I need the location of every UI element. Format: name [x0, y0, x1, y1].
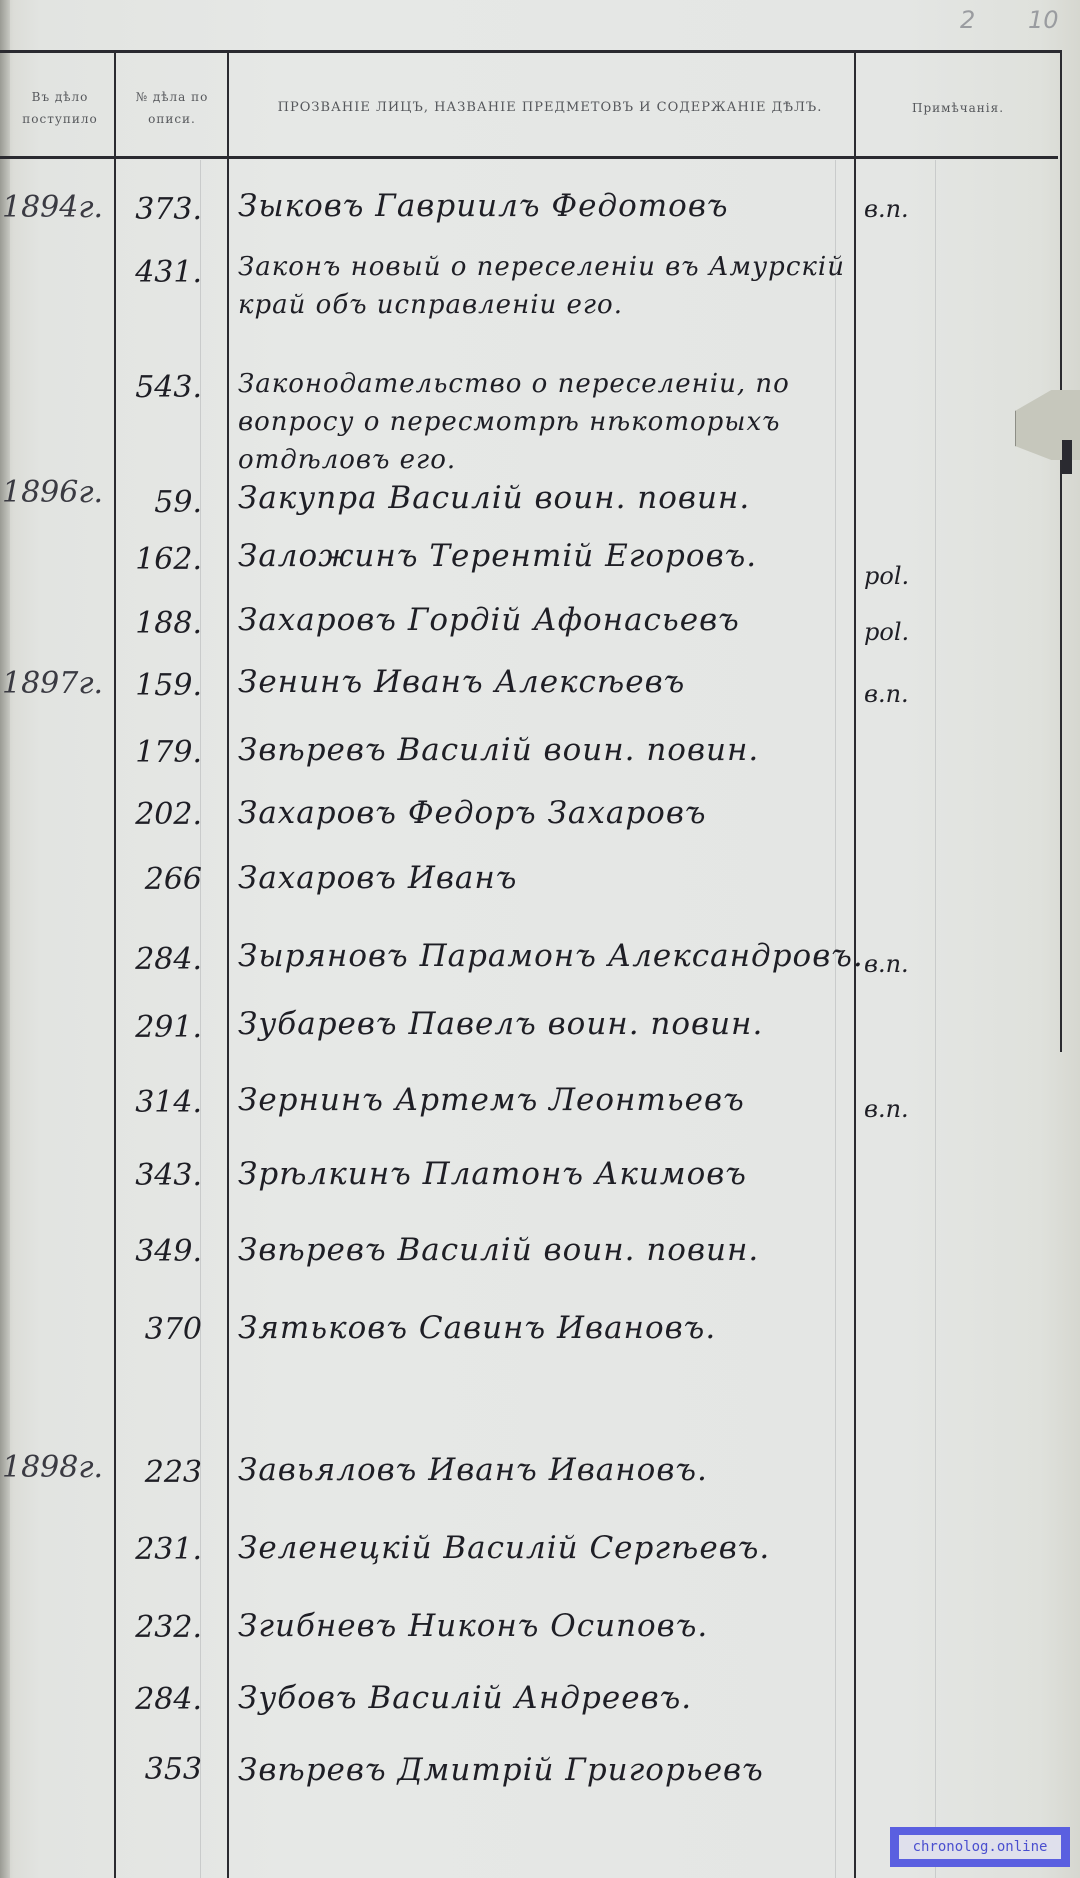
row-year: 1897г.	[2, 666, 103, 701]
row-case-number: 202.	[120, 797, 202, 832]
row-case-number: 231.	[120, 1532, 202, 1567]
column-divider-year	[114, 52, 116, 1878]
header-notes: Примѣчанія.	[858, 60, 1058, 155]
row-description: Завьяловъ Иванъ Ивановъ.	[238, 1452, 708, 1488]
row-case-number: 223	[120, 1455, 202, 1490]
header-year: Въ дѣло поступило	[8, 60, 112, 155]
row-note: pol.	[864, 618, 909, 646]
row-case-number: 370	[120, 1312, 202, 1347]
row-year: 1896г.	[2, 475, 103, 510]
row-case-number: 162.	[120, 542, 202, 577]
row-case-number: 373.	[120, 192, 202, 227]
page-number-mark: 2	[960, 6, 975, 34]
row-case-number: 284.	[120, 1682, 202, 1717]
row-case-number: 349.	[120, 1234, 202, 1269]
row-description: Звѣревъ Василій воин. повин.	[238, 732, 759, 768]
notes-margin-rule	[935, 160, 936, 1878]
row-description: Захаровъ Гордій Афонасьевъ	[238, 602, 740, 638]
row-description: Зенинъ Иванъ Алексѣевъ	[238, 664, 685, 700]
row-description: Зернинъ Артемъ Леонтьевъ	[238, 1082, 745, 1118]
page-binding-edge	[0, 0, 10, 1878]
row-note: в.п.	[864, 680, 909, 708]
watermark-text: chronolog.online	[899, 1835, 1061, 1859]
row-description: Законъ новый о переселеніи въ Амурскій к…	[238, 248, 848, 324]
row-description: Захаровъ Федоръ Захаровъ	[238, 795, 707, 831]
row-case-number: 159.	[120, 668, 202, 703]
column-divider-number	[227, 52, 229, 1878]
row-description: Звѣревъ Дмитрій Григорьевъ	[238, 1752, 764, 1788]
header-bottom-border	[0, 156, 1058, 159]
row-description: Зрѣлкинъ Платонъ Акимовъ	[238, 1156, 747, 1192]
row-description: Зятьковъ Савинъ Ивановъ.	[238, 1310, 716, 1346]
row-case-number: 291.	[120, 1010, 202, 1045]
tab-ink-mark	[1062, 440, 1072, 474]
row-case-number: 232.	[120, 1610, 202, 1645]
row-case-number: 188.	[120, 606, 202, 641]
row-description: Зыковъ Гавриилъ Федотовъ	[238, 188, 729, 224]
row-year: 1894г.	[2, 190, 103, 225]
row-description: Звѣревъ Василій воин. повин.	[238, 1232, 759, 1268]
row-description: Зубаревъ Павелъ воин. повин.	[238, 1006, 763, 1042]
table-top-border	[0, 50, 1062, 53]
watermark-badge: chronolog.online	[890, 1827, 1070, 1867]
header-case-number: № дѣла по описи.	[118, 60, 226, 155]
row-case-number: 431.	[120, 255, 202, 290]
row-description: Заложинъ Терентій Егоровъ.	[238, 538, 757, 574]
row-description: Захаровъ Иванъ	[238, 860, 517, 896]
row-description: Законодательство о переселеніи, по вопро…	[238, 365, 848, 479]
row-case-number: 353	[120, 1752, 202, 1787]
folio-number-mark: 10	[1028, 6, 1059, 34]
row-note: pol.	[864, 562, 909, 590]
row-description: Зыряновъ Парамонъ Александровъ.	[238, 938, 864, 974]
row-case-number: 343.	[120, 1158, 202, 1193]
row-note: в.п.	[864, 1095, 909, 1123]
table-right-border	[1060, 52, 1062, 1052]
row-description: Закупра Василій воин. повин.	[238, 480, 750, 516]
row-description: Зеленецкій Василій Сергѣевъ.	[238, 1530, 770, 1566]
header-description: ПРОЗВАНІЕ ЛИЦЪ, НАЗВАНІЕ ПРЕДМЕТОВЪ И СО…	[270, 60, 830, 155]
row-case-number: 59.	[120, 485, 202, 520]
row-note: в.п.	[864, 195, 909, 223]
row-case-number: 179.	[120, 735, 202, 770]
row-case-number: 314.	[120, 1085, 202, 1120]
row-case-number: 284.	[120, 942, 202, 977]
row-description: Зубовъ Василій Андреевъ.	[238, 1680, 692, 1716]
row-note: в.п.	[864, 950, 909, 978]
row-description: Згибневъ Никонъ Осиповъ.	[238, 1608, 708, 1644]
row-case-number: 543.	[120, 370, 202, 405]
row-year: 1898г.	[2, 1450, 103, 1485]
row-case-number: 266	[120, 862, 202, 897]
